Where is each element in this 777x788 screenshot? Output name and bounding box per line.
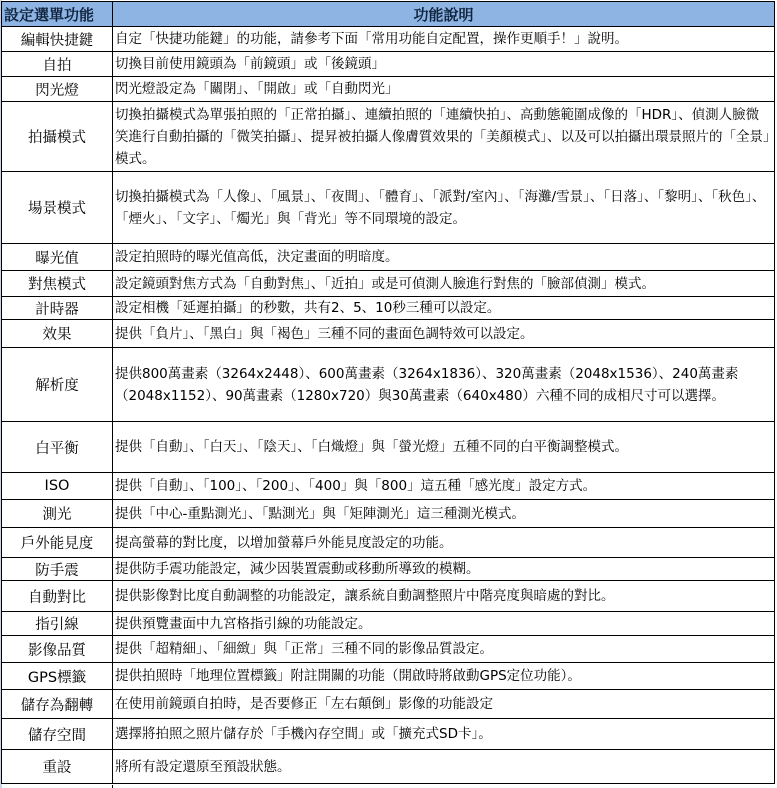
header-menu-function: 設定選單功能	[2, 2, 113, 27]
header-function-description: 功能說明	[113, 2, 775, 27]
setting-description: 提供「自動」、「100」、「200」、「400」與「800」這五種「感光度」設定…	[113, 473, 775, 500]
setting-description: 提供「負片」、「黑白」與「褐色」三種不同的畫面色調特效可以設定。	[113, 320, 775, 348]
setting-description: 設定鏡頭對焦方式為「自動對焦」、「近拍」或是可偵測人臉進行對焦的「臉部偵測」模式…	[113, 271, 775, 297]
setting-name: 儲存空間	[2, 719, 113, 750]
table-row: GPS標籤提供拍照時「地理位置標籤」附註開關的功能（開啟時將啟動GPS定位功能）…	[2, 663, 775, 690]
setting-name: 戶外能見度	[2, 528, 113, 558]
table-row: 曝光值設定拍照時的曝光值高低，決定畫面的明暗度。	[2, 244, 775, 271]
table-row: 自動對比提供影像對比度自動調整的功能設定，讓系統自動調整照片中階亮度與暗處的對比…	[2, 581, 775, 612]
table-row: 儲存空間選擇將拍照之照片儲存於「手機內存空間」或「擴充式SD卡」。	[2, 719, 775, 750]
table-row: 儲存為翻轉在使用前鏡頭自拍時，是否要修正「左右顛倒」影像的功能設定	[2, 690, 775, 719]
table-row: 解析度提供800萬畫素（3264x2448）、600萬畫素（3264x1836）…	[2, 348, 775, 422]
setting-description: 切換拍攝模式為「人像」、「風景」、「夜間」、「體育」、「派對/室內」、「海灘/雪…	[113, 172, 775, 244]
table-row: 戶外能見度提高螢幕的對比度，以增加螢幕戶外能見度設定的功能。	[2, 528, 775, 558]
setting-description: 提供「自動」、「白天」、「陰天」、「白熾燈」與「螢光燈」五種不同的白平衡調整模式…	[113, 422, 775, 473]
setting-name: 場景模式	[2, 172, 113, 244]
camera-settings-table: 設定選單功能 功能說明 編輯快捷鍵自定「快捷功能鍵」的功能，請參考下面「常用功能…	[1, 1, 775, 784]
setting-description: 選擇將拍照之照片儲存於「手機內存空間」或「擴充式SD卡」。	[113, 719, 775, 750]
table-row: 拍攝模式切換拍攝模式為單張拍照的「正常拍攝」、連續拍照的「連續快拍」、高動態範圍…	[2, 102, 775, 172]
table-row: 閃光燈閃光燈設定為「關閉」、「開啟」或「自動閃光」	[2, 77, 775, 102]
setting-description: 提供防手震功能設定，減少因裝置震動或移動所導致的模糊。	[113, 558, 775, 581]
setting-description: 切換目前使用鏡頭為「前鏡頭」或「後鏡頭」	[113, 52, 775, 77]
setting-name: 曝光值	[2, 244, 113, 271]
setting-name: 編輯快捷鍵	[2, 27, 113, 52]
setting-description: 在使用前鏡頭自拍時，是否要修正「左右顛倒」影像的功能設定	[113, 690, 775, 719]
table-row: 影像品質提供「超精細」、「細緻」與「正常」三種不同的影像品質設定。	[2, 636, 775, 663]
table-row: 效果提供「負片」、「黑白」與「褐色」三種不同的畫面色調特效可以設定。	[2, 320, 775, 348]
setting-name: 對焦模式	[2, 271, 113, 297]
setting-name: 測光	[2, 500, 113, 528]
setting-description: 設定拍照時的曝光值高低，決定畫面的明暗度。	[113, 244, 775, 271]
setting-name: 解析度	[2, 348, 113, 422]
setting-name: 白平衡	[2, 422, 113, 473]
setting-name: 閃光燈	[2, 77, 113, 102]
table-row: 白平衡提供「自動」、「白天」、「陰天」、「白熾燈」與「螢光燈」五種不同的白平衡調…	[2, 422, 775, 473]
table-header-row: 設定選單功能 功能說明	[2, 2, 775, 27]
table-row: 自拍切換目前使用鏡頭為「前鏡頭」或「後鏡頭」	[2, 52, 775, 77]
table-row: 測光提供「中心-重點測光」、「點測光」與「矩陣測光」這三種測光模式。	[2, 500, 775, 528]
setting-description: 提供「超精細」、「細緻」與「正常」三種不同的影像品質設定。	[113, 636, 775, 663]
setting-description: 切換拍攝模式為單張拍照的「正常拍攝」、連續拍照的「連續快拍」、高動態範圍成像的「…	[113, 102, 775, 172]
setting-name: ISO	[2, 473, 113, 500]
table-row: ISO提供「自動」、「100」、「200」、「400」與「800」這五種「感光度…	[2, 473, 775, 500]
setting-name: 指引線	[2, 612, 113, 636]
setting-name: 儲存為翻轉	[2, 690, 113, 719]
setting-description: 設定相機「延遲拍攝」的秒數，共有2、5、10秒三種可以設定。	[113, 297, 775, 320]
setting-description: 提供拍照時「地理位置標籤」附註開關的功能（開啟時將啟動GPS定位功能）。	[113, 663, 775, 690]
setting-name: 影像品質	[2, 636, 113, 663]
setting-description: 自定「快捷功能鍵」的功能，請參考下面「常用功能自定配置，操作更順手！」說明。	[113, 27, 775, 52]
table-row: 計時器設定相機「延遲拍攝」的秒數，共有2、5、10秒三種可以設定。	[2, 297, 775, 320]
setting-name: 自拍	[2, 52, 113, 77]
setting-name: GPS標籤	[2, 663, 113, 690]
setting-description: 提高螢幕的對比度，以增加螢幕戶外能見度設定的功能。	[113, 528, 775, 558]
table-row: 對焦模式設定鏡頭對焦方式為「自動對焦」、「近拍」或是可偵測人臉進行對焦的「臉部偵…	[2, 271, 775, 297]
setting-description: 提供預覽畫面中九宮格指引線的功能設定。	[113, 612, 775, 636]
setting-description: 將所有設定還原至預設狀態。	[113, 750, 775, 784]
setting-description: 提供800萬畫素（3264x2448）、600萬畫素（3264x1836）、32…	[113, 348, 775, 422]
setting-description: 閃光燈設定為「關閉」、「開啟」或「自動閃光」	[113, 77, 775, 102]
setting-name: 重設	[2, 750, 113, 784]
setting-name: 效果	[2, 320, 113, 348]
setting-description: 提供影像對比度自動調整的功能設定，讓系統自動調整照片中階亮度與暗處的對比。	[113, 581, 775, 612]
table-row: 指引線提供預覽畫面中九宮格指引線的功能設定。	[2, 612, 775, 636]
setting-name: 拍攝模式	[2, 102, 113, 172]
table-row: 重設將所有設定還原至預設狀態。	[2, 750, 775, 784]
table-row: 編輯快捷鍵自定「快捷功能鍵」的功能，請參考下面「常用功能自定配置，操作更順手！」…	[2, 27, 775, 52]
setting-name: 計時器	[2, 297, 113, 320]
table-row: 防手震提供防手震功能設定，減少因裝置震動或移動所導致的模糊。	[2, 558, 775, 581]
setting-description: 提供「中心-重點測光」、「點測光」與「矩陣測光」這三種測光模式。	[113, 500, 775, 528]
setting-name: 防手震	[2, 558, 113, 581]
setting-name: 自動對比	[2, 581, 113, 612]
table-row: 場景模式切換拍攝模式為「人像」、「風景」、「夜間」、「體育」、「派對/室內」、「…	[2, 172, 775, 244]
